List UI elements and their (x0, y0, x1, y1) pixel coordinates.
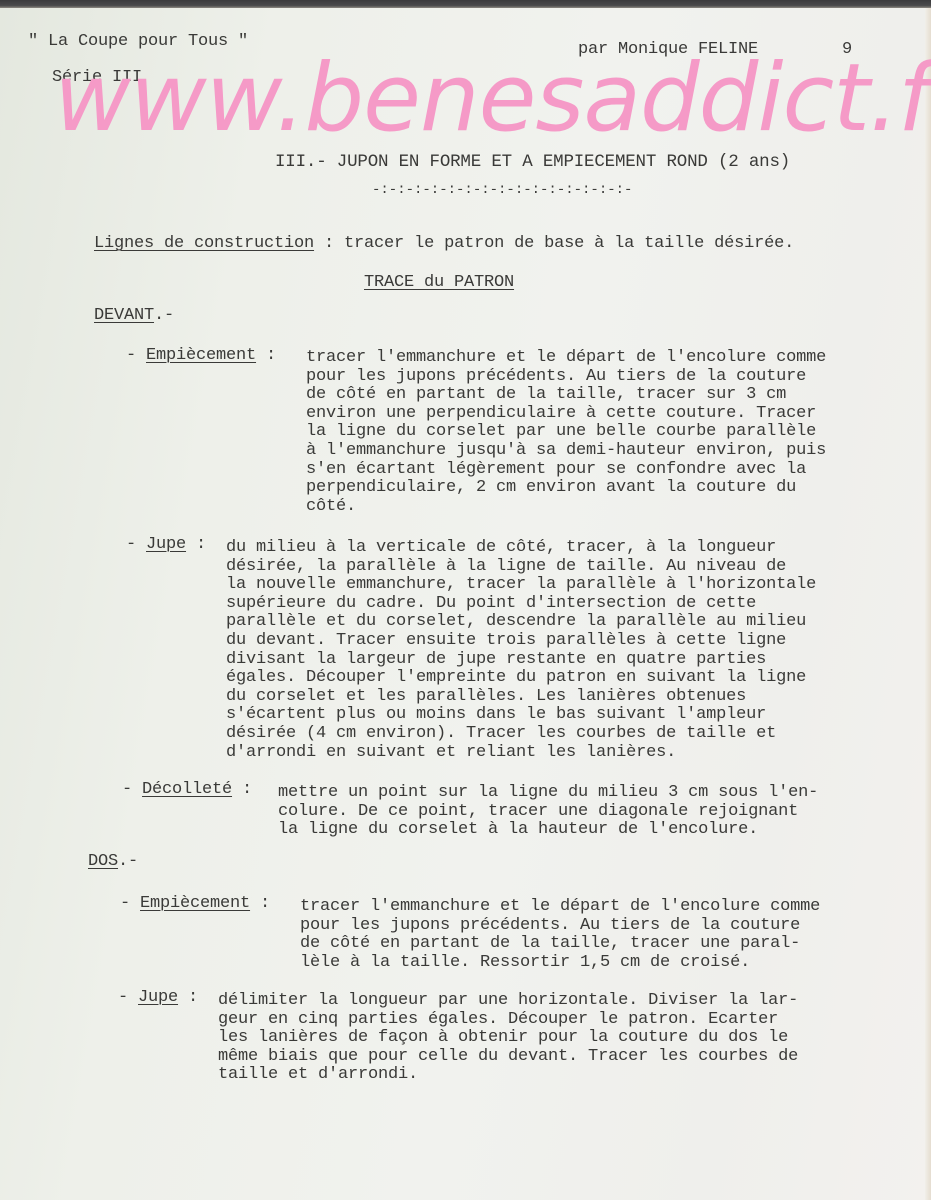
chapter-separator: -:-:-:-:-:-:-:-:-:-:-:-:-:-:-:- (372, 182, 632, 198)
scan-top-edge (0, 0, 931, 8)
scan-right-edge (925, 8, 931, 1200)
construction-line: Lignes de construction : tracer le patro… (94, 234, 794, 253)
dos-empiecement-text: tracer l'emmanchure et le départ de l'en… (300, 898, 820, 972)
devant-jupe-label: - Jupe : (126, 535, 216, 554)
document-page: " La Coupe pour Tous " Série III par Mon… (0, 0, 931, 1200)
trace-heading: TRACE du PATRON (364, 273, 514, 292)
devant-empiecement-label: - Empiècement : (126, 346, 286, 365)
devant-decollete-label: - Décolleté : (122, 780, 262, 799)
devant-jupe-text: du milieu à la verticale de côté, tracer… (226, 539, 816, 762)
construction-label: Lignes de construction (94, 234, 314, 253)
devant-empiecement-text: tracer l'emmanchure et le départ de l'en… (306, 349, 826, 516)
dos-jupe-text: délimiter la longueur par une horizontal… (218, 992, 798, 1085)
section-heading-dos: DOS.- (88, 852, 138, 871)
construction-text: : tracer le patron de base à la taille d… (314, 234, 794, 253)
watermark: www.benesaddict.fr (54, 52, 931, 146)
chapter-title: III.- JUPON EN FORME ET A EMPIECEMENT RO… (275, 152, 790, 172)
section-heading-devant: DEVANT.- (94, 306, 174, 325)
devant-decollete-text: mettre un point sur la ligne du milieu 3… (278, 784, 818, 840)
dos-jupe-label: - Jupe : (118, 988, 208, 1007)
dos-empiecement-label: - Empiècement : (120, 894, 280, 913)
